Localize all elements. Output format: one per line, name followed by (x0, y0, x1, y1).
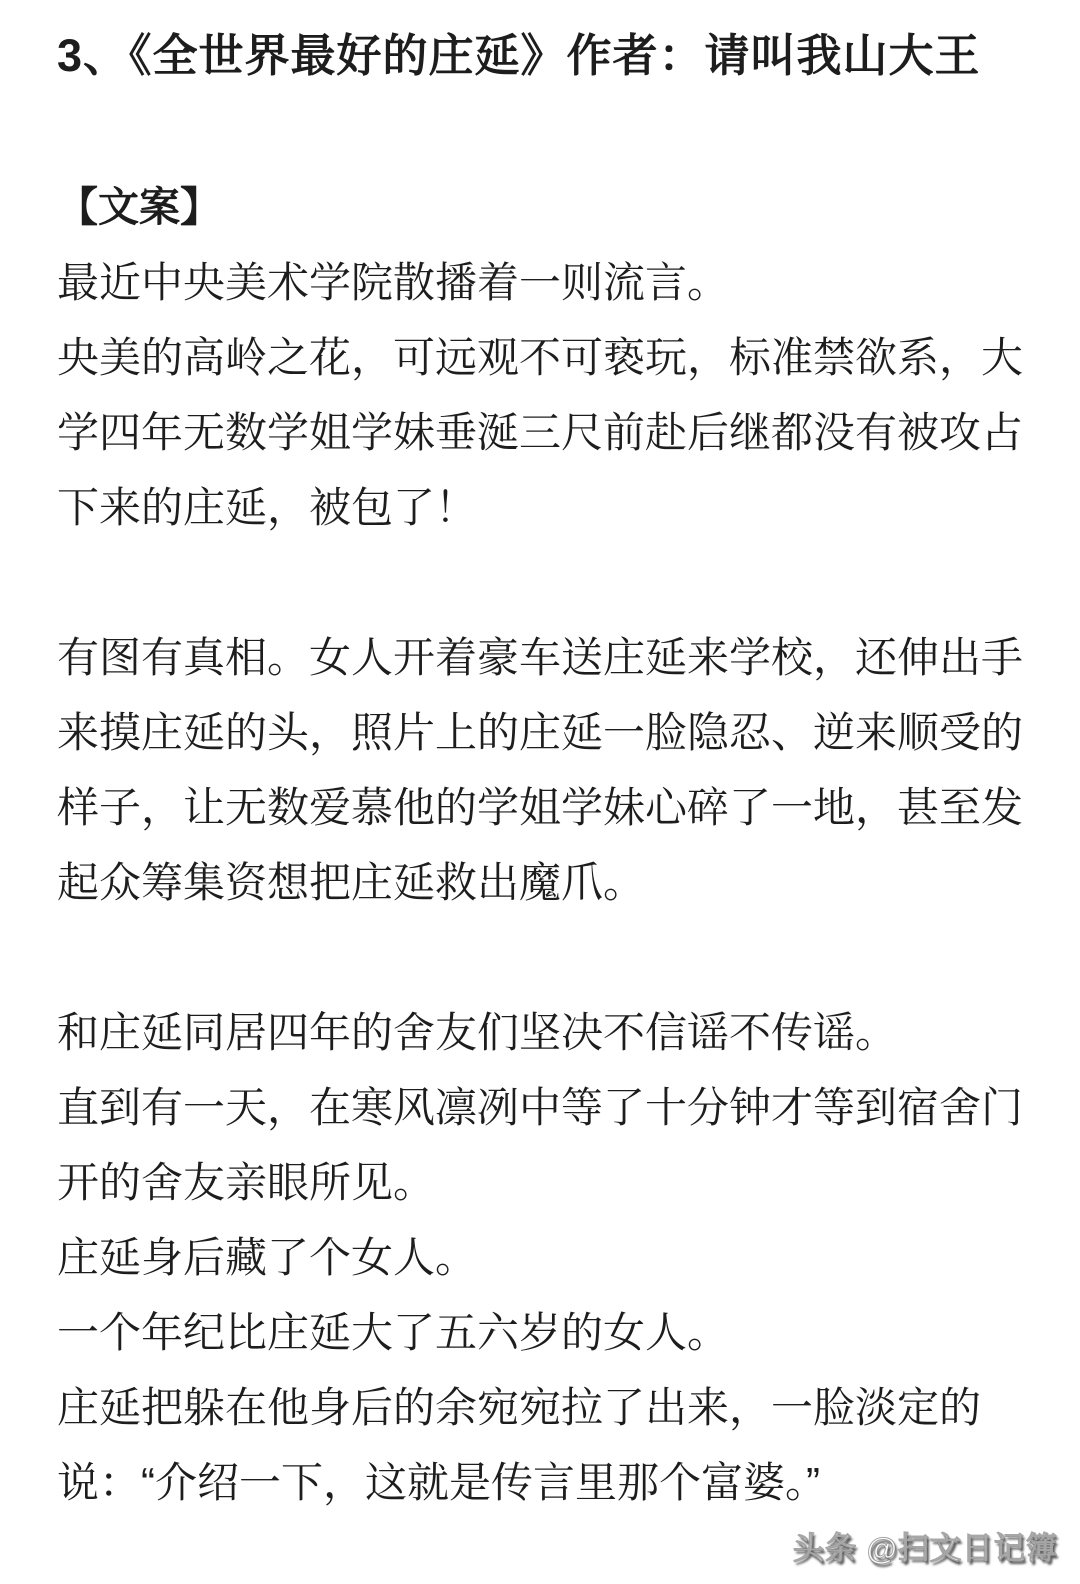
paragraph: 直到有一天，在寒风凛冽中等了十分钟才等到宿舍门 开的舍友亲眼所见。 (57, 1070, 1025, 1220)
paragraph: 庄延把躲在他身后的余宛宛拉了出来，一脸淡定的 说：“介绍一下，这就是传言里那个富… (57, 1370, 1025, 1520)
title-section-gap (57, 94, 1025, 169)
paragraph: 有图有真相。女人开着豪车送庄延来学校，还伸出手 来摸庄延的头，照片上的庄延一脸隐… (57, 620, 1025, 920)
paragraph: 庄延身后藏了个女人。 (57, 1220, 1025, 1295)
paragraph-gap (57, 545, 1025, 620)
paragraph: 一个年纪比庄延大了五六岁的女人。 (57, 1295, 1025, 1370)
paragraph: 央美的高岭之花，可远观不可亵玩，标准禁欲系，大 学四年无数学姐学妹垂涎三尺前赴后… (57, 320, 1025, 545)
synopsis-section-label: 【文案】 (57, 169, 1025, 245)
page-root: 3、《全世界最好的庄延》作者：请叫我山大王 【文案】 最近中央美术学院散播着一则… (0, 0, 1080, 1584)
paragraph: 最近中央美术学院散播着一则流言。 (57, 245, 1025, 320)
paragraph-list: 最近中央美术学院散播着一则流言。央美的高岭之花，可远观不可亵玩，标准禁欲系，大 … (57, 245, 1025, 1520)
watermark-text: 头条 @扫文日记簿 (793, 1523, 1058, 1568)
paragraph: 和庄延同居四年的舍友们坚决不信谣不传谣。 (57, 995, 1025, 1070)
paragraph-gap (57, 920, 1025, 995)
page-title: 3、《全世界最好的庄延》作者：请叫我山大王 (57, 18, 1025, 94)
document-body: 3、《全世界最好的庄延》作者：请叫我山大王 【文案】 最近中央美术学院散播着一则… (57, 18, 1025, 1520)
